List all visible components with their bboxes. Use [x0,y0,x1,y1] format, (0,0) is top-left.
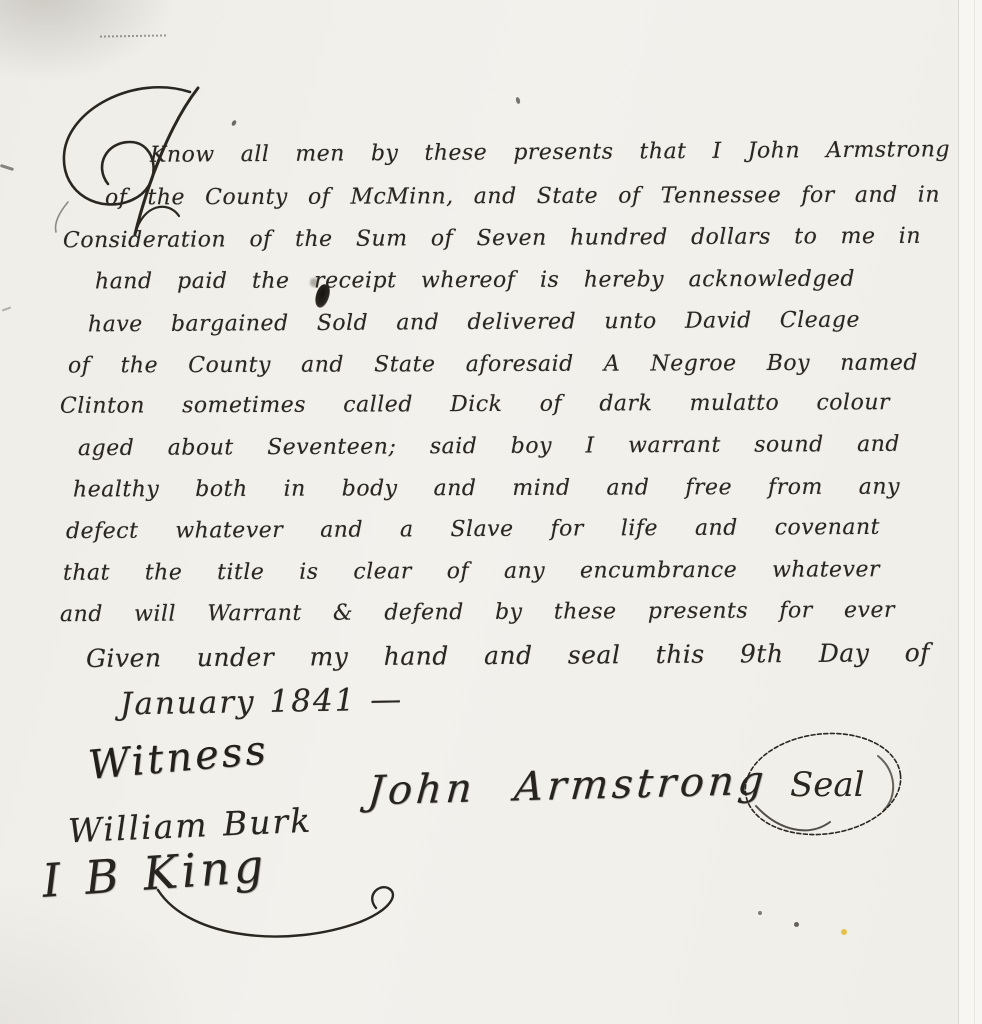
document-line: and will Warrant & defend by these prese… [60,598,895,629]
wax-seal-scroll: Seal [738,726,908,850]
document-line: Consideration of the Sum of Seven hundre… [63,224,921,255]
signature-swash-flourish [150,882,420,956]
ink-smear [310,278,318,287]
document-line: of the County and State aforesaid A Negr… [68,351,918,380]
edge-ink-tick [2,307,11,312]
scan-paper-edge-line [974,0,975,1024]
document-line: healthy both in body and mind and free f… [73,475,900,504]
document-line: Know all men by these presents that I Jo… [150,137,950,169]
document-line: aged about Seventeen; said boy I warrant… [78,432,900,463]
document-line: hand paid the receipt whereof is hereby … [95,267,855,296]
document-line: have bargained Sold and delivered unto D… [88,308,860,339]
witness-label: Witness [86,726,270,790]
document-line: that the title is clear of any encumbran… [63,557,880,587]
paper-speck [515,97,521,105]
edge-ink-tick [0,164,14,171]
paper-speck [758,911,762,915]
scan-paper-edge [958,0,982,1024]
document-line: of the County of McMinn, and State of Te… [105,183,940,212]
faint-dotted-mark [100,34,166,37]
scanned-document-page: Know all men by these presents that I Jo… [0,0,982,1024]
paper-speck [794,922,799,927]
yellow-speck [841,929,847,935]
document-line: Given under my hand and seal this 9th Da… [86,638,930,674]
signature-john-armstrong: John Armstrong [366,757,769,816]
document-date-line: January 1841 — [120,682,404,724]
document-line: defect whatever and a Slave for life and… [66,515,880,546]
seal-text: Seal [790,765,865,805]
document-line: Clinton sometimes called Dick of dark mu… [60,390,890,420]
